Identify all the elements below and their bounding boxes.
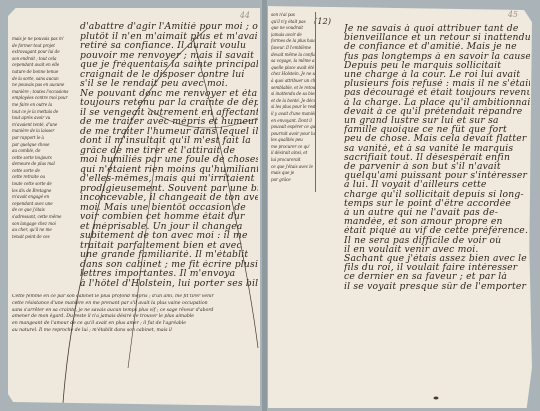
text-line: à l'hôtel d'Holstein, lui porter ses bil… (80, 279, 258, 289)
text-line: ce dernier en sa faveur ; et par là (344, 272, 530, 281)
margin-line: extravagant pour lui de (12, 49, 82, 56)
margin-line: me faire en outre la (12, 102, 82, 109)
text-line: s'il se le rendait peu avec moi. (80, 79, 258, 89)
text-line: d'elles-mêmes, mais qui m'irritaient (80, 174, 258, 184)
text-line: à la charge. La place qu'il ambitionnait (344, 98, 530, 107)
margin-line: ne pouvais pas en aucune (12, 82, 82, 89)
binding-seam (262, 0, 267, 411)
text-line: dont il m'insultait qu'il m'est fait la (80, 136, 258, 146)
main-text: Je ne savais à quoi attribuer tant debie… (344, 24, 530, 294)
margin-line: son endroit ; tout cela (12, 56, 82, 63)
margin-line: les dix de Bretagne (12, 188, 82, 195)
page-number: 44 (240, 11, 250, 20)
margin-notes: son n'ai pasqu'il n'y était pasque ne vo… (271, 12, 316, 192)
margin-line: me procurer ce qu' (271, 144, 315, 151)
text-line: de me traiter avec mépris et humeur (80, 117, 258, 127)
text-line: il se voyait presque sûr de l'emporter (344, 282, 530, 291)
text-line: il se vengeait autrement en affectant (80, 108, 258, 118)
margin-line: quelle place avait été (271, 65, 315, 72)
margin-line: et de la bonté. Je découvris (271, 98, 315, 105)
margin-line: devait même la confiance de (271, 52, 315, 59)
margin-line: il y avait d'une manière (271, 111, 315, 118)
text-line: était piqué au vif de cette préférence. (344, 226, 530, 235)
text-line: Depuis peu le marquis sollicitait (344, 61, 530, 70)
margin-line: son n'ai pas (271, 12, 315, 19)
margin-line: au comble, de (12, 148, 82, 155)
text-line: fils du roi, il voulait faire intéresser (344, 263, 530, 272)
text-line: retiré sa confiance. Il aurait voulu (80, 41, 258, 51)
text-line: subitement de ton avec moi : il me (80, 231, 258, 241)
margin-line: demeure de plus mal (12, 161, 82, 168)
margin-line: de former tout projet (12, 43, 82, 50)
text-line: voir combien cet homme était dur (80, 212, 258, 222)
text-line: plusieurs fois refusé : mais il ne s'éta… (344, 79, 530, 88)
text-line: une grande familiarité. Il m'établit (80, 250, 258, 260)
margin-line: si les plus pour le reste (271, 104, 315, 111)
margin-line: qu'il n'y était pas (271, 19, 315, 26)
margin-line: à quoi attribuer un changement (271, 78, 315, 85)
margin-line: pourrait avoir pour lui (271, 131, 315, 138)
text-line: une charge à la cour. Le roi lui avait (344, 70, 530, 79)
margin-line: cette sorte de (12, 168, 82, 175)
margin-line: chez Holstein. Je ne savais (271, 71, 315, 78)
margin-line: que ne voudrait (271, 25, 315, 32)
margin-line: il désirait ainsi, et (271, 150, 315, 157)
text-line: qui n'étaient rien moins qu'humiliantes (80, 165, 258, 175)
footnote-line: Cette femme en ce par son cabinet le plu… (12, 294, 258, 301)
margin-line: mais je ne pouvais pas m' (12, 36, 82, 43)
margin-line: par quelque chose (12, 142, 82, 149)
text-line: peu de chose. Mais cela devait flatter (344, 134, 530, 143)
margin-line: au cher, qu'il ne me (12, 227, 82, 234)
margin-line: lui procurerait (271, 157, 315, 164)
text-line: inconcevable, il changeait de ton avec (80, 193, 258, 203)
text-line: prodigieusement. Souvent par une bizarre… (80, 184, 258, 194)
text-line: moi. Mais une bientôt occasion de (80, 203, 258, 213)
text-line: sacrifiait tout. Il désespérait enfin (344, 153, 530, 162)
text-line: et méprisable. Un jour il changea (80, 222, 258, 232)
text-line: quelqu'ami puissant pour s'intéresser (344, 171, 530, 180)
text-line: que je fréquentais la sainte principalem… (80, 60, 258, 70)
margin-line: tenait point de ces (12, 234, 82, 241)
margin-line: nature de bonne tenue (12, 69, 82, 76)
manuscript-page-right: 45 (12) son n'ai pasqu'il n'y était pasq… (268, 6, 532, 408)
margin-line: manière ; toutes l'occasions (12, 89, 82, 96)
margin-line: de la sorte, sans aucun (12, 76, 82, 83)
bracket-number: (12) (314, 16, 331, 28)
text-line: un grand lustre sur lui et sur sa (344, 116, 530, 125)
text-line: famille quoique ce ne fût que fort (344, 125, 530, 134)
margin-line: faveur. Il l'emblème (271, 45, 315, 52)
main-text: d'abattre d'agir l'Amitié pour moi ; oup… (80, 22, 258, 302)
margin-line: cependant avec une (12, 201, 82, 208)
margin-notes: mais je ne pouvais pas m'de former tout … (12, 36, 82, 306)
text-line: sa vanité, et à sa vanité le marquis (344, 144, 530, 153)
margin-line: par grâce (271, 177, 315, 184)
text-line: pas découragé et était toujours revenu (344, 88, 530, 97)
text-line: moi humiliés par une foule de choses (80, 155, 258, 165)
footnote-text: Cette femme en ce par son cabinet le plu… (12, 294, 258, 354)
margin-line: cette sorte toujours (12, 155, 82, 162)
margin-line: mais que je (271, 170, 315, 177)
margin-line: par rapport le à (12, 135, 82, 142)
margin-line: employées contre moi pour (12, 95, 82, 102)
text-line: de parvenir à son but s'il n'avait (344, 162, 530, 171)
margin-line: manière de la laisser (12, 128, 82, 135)
text-line: pouvoir me renvoyer ; mais il savait (80, 51, 258, 61)
text-line: à lui. Il voyait d'ailleurs cette (344, 180, 530, 189)
text-line: temps sur le point d'être accordée (344, 199, 530, 208)
text-line: Il ne sera pas difficile de voir où (344, 236, 530, 245)
text-line: traitait parfaitement bien et avec (80, 241, 258, 251)
margin-line: s'adressant, cette même (12, 214, 82, 221)
text-line: craignait de le disposer contre lui (80, 70, 258, 80)
margin-line: pouvait espérer ce qui (271, 124, 315, 131)
margin-line: les qualités peu (271, 137, 315, 144)
text-line: à un autre qui ne l'avait pas de- (344, 208, 530, 217)
text-line: il en voulait venir avec moi. (344, 245, 530, 254)
text-line: grâce de me tirer et l'attirait de (80, 146, 258, 156)
margin-line: ce que j'étais avec le (271, 164, 315, 171)
margin-line: jamais avoir de (271, 32, 315, 39)
margin-line: cependant avait en elle (12, 62, 82, 69)
text-line: Je ne savais à quoi attribuer tant de (344, 24, 530, 33)
text-line: charge qu'il sollicitait depuis si long- (344, 190, 530, 199)
text-line: fus pas longtemps à en savoir la cause. (344, 52, 530, 61)
text-line: d'abattre d'agir l'Amitié pour moi ; ou (80, 22, 258, 32)
footnote-line: en mangeant de l'amour de ce qu'il avait… (12, 321, 258, 328)
text-line: de me traiter l'humeur dans lequel il ét… (80, 127, 258, 137)
page-number: 45 (508, 10, 518, 19)
margin-line: en envoyant. Dont il (271, 118, 315, 125)
manuscript-page-left: 44 mais je ne pouvais pas m'de former to… (8, 8, 260, 406)
text-line: bienveillance et un retour si inattendu (344, 33, 530, 42)
margin-line: toute cette sorte de (12, 181, 82, 188)
margin-line: sa voyage, la même aussi (271, 58, 315, 65)
margin-line: son langage chez moi (12, 221, 82, 228)
text-line: Sachant que j'étais assez bien avec le (344, 254, 530, 263)
text-line: toujours retenu par la crainte de déplai… (80, 98, 258, 108)
margin-line: m'avait engagé en (12, 194, 82, 201)
text-line: devait à ce qu'il prétendait répandre (344, 107, 530, 116)
text-line: lettres importantes. Il m'envoya (80, 269, 258, 279)
margin-line: tout après avoir vu (12, 115, 82, 122)
text-line: dans son cabinet ; me fit écrire plusieu… (80, 260, 258, 270)
text-line: de confiance et d'amitié. Mais je ne (344, 42, 530, 51)
margin-line: semblable, et le retour (271, 85, 315, 92)
margin-line: tout ce je la mettais de (12, 109, 82, 116)
margin-line: formes de la plus haute (271, 38, 315, 45)
text-line: mandée, et son amour propre en (344, 217, 530, 226)
footnote-line: cette résistance d'une manière en me pre… (12, 301, 258, 308)
text-line: Ne pouvant donc me renvoyer et étant (80, 89, 258, 99)
footnote-line: au naturel. Il me reproche de lui ; m'ét… (12, 328, 258, 335)
margin-line: m'avaient tenté, d'une (12, 122, 82, 129)
margin-line: si inattendu de sa bienveillance (271, 91, 315, 98)
margin-line: de ce que j'étais (12, 207, 82, 214)
text-line: plutôt il n'en m'aimait plus et m'avait (80, 32, 258, 42)
margin-line: cette retraite ou (12, 174, 82, 181)
